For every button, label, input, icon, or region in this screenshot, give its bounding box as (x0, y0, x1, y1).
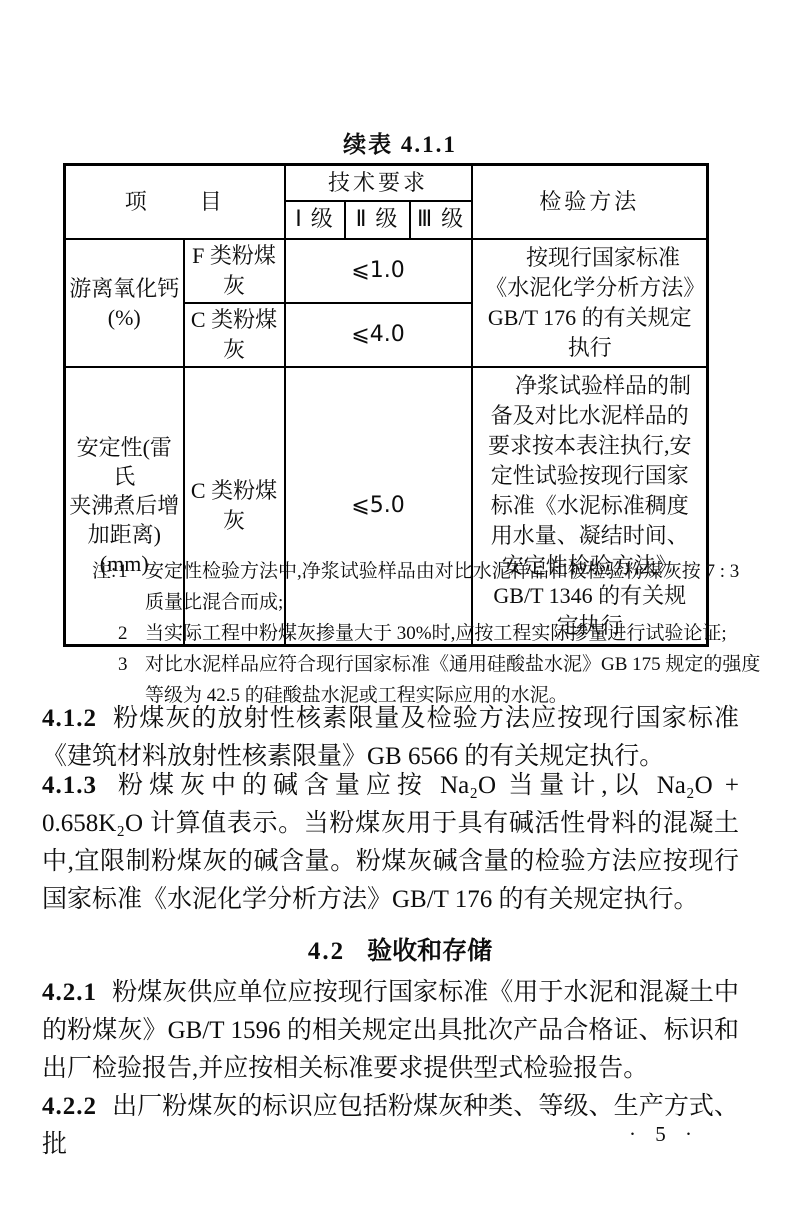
note-prefix: 注: (92, 556, 118, 587)
clause-4-1-3-text-1: 粉煤灰中的碱含量应按 Na₂O 当量计,以 Na₂O + (112, 772, 739, 799)
column-header-tech-requirements: 技术要求 (285, 165, 472, 201)
note-2-line-1: 2当实际工程中粉煤灰掺量大于 30%时,应按工程实际掺量进行试验论证; (92, 618, 740, 649)
clause-4-1-3-line-3: 中,宜限制粉煤灰的碱含量。粉煤灰碱含量的检验方法应按现行 (42, 843, 739, 881)
clause-4-2-1-line-1: 4.2.1粉煤灰供应单位应按现行国家标准《用于水泥和混凝土中 (42, 974, 739, 1012)
item-soundness-line2: 夹沸煮后增 (66, 491, 183, 520)
table-row-free-cao-f: 游离氧化钙 (%) F 类粉煤灰 ⩽1.0 按现行国家标准《水泥化学分析方法》G… (65, 239, 708, 303)
clause-4-1-2-line-1: 4.1.2粉煤灰的放射性核素限量及检验方法应按现行国家标准 (42, 700, 739, 738)
note-3-text-1: 对比水泥样品应符合现行国家标准《通用硅酸盐水泥》GB 175 规定的强度 (145, 654, 760, 675)
item-soundness-line1: 安定性(雷氏 (66, 433, 183, 491)
column-header-grade-1: Ⅰ 级 (285, 201, 345, 239)
clause-4-2-1-number: 4.2.1 (42, 979, 97, 1006)
clause-4-1-2-number: 4.1.2 (42, 705, 97, 732)
clause-4-2-1: 4.2.1粉煤灰供应单位应按现行国家标准《用于水泥和混凝土中 的粉煤灰》GB/T… (42, 974, 739, 1088)
clause-4-1-2-text-1: 粉煤灰的放射性核素限量及检验方法应按现行国家标准 (112, 705, 739, 732)
cell-type-c-fly-ash: C 类粉煤灰 (184, 303, 285, 367)
continuation-table-title: 续表 4.1.1 (0, 126, 800, 159)
page-number: · 5 · (614, 1122, 714, 1147)
section-4-2-title: 验收和存储 (367, 938, 492, 965)
clause-4-1-3-line-2: 0.658K₂O 计算值表示。当粉煤灰用于具有碱活性骨料的混凝土 (42, 805, 739, 843)
note-1-text-1: 安定性检验方法中,净浆试验样品由对比水泥样品和被检验粉煤灰按 7 : 3 (145, 561, 739, 582)
column-header-grade-3: Ⅲ 级 (410, 201, 472, 239)
table-header-row-1: 项 目 技术要求 检验方法 (65, 165, 708, 201)
item-free-cao-line2: (%) (66, 303, 183, 332)
cell-method-free-cao: 按现行国家标准《水泥化学分析方法》GB/T 176 的有关规定执行 (472, 239, 708, 367)
clause-4-2-1-text-1: 粉煤灰供应单位应按现行国家标准《用于水泥和混凝土中 (112, 979, 739, 1006)
section-4-2-number: 4.2 (308, 938, 345, 965)
clause-4-2-1-line-2: 的粉煤灰》GB/T 1596 的相关规定出具批次产品合格证、标识和 (42, 1012, 739, 1050)
note-1-number: 1 (118, 556, 145, 587)
section-heading-4-2: 4.2验收和存储 (0, 931, 800, 967)
clause-4-1-3-number: 4.1.3 (42, 772, 97, 799)
clause-4-1-3-line-4: 国家标准《水泥化学分析方法》GB/T 176 的有关规定执行。 (42, 881, 739, 919)
note-1-line-1: 注:1安定性检验方法中,净浆试验样品由对比水泥样品和被检验粉煤灰按 7 : 3 (92, 556, 740, 587)
cell-type-f-fly-ash: F 类粉煤灰 (184, 239, 285, 303)
note-1-line-2: 质量比混合而成; (92, 587, 740, 618)
clause-4-1-3: 4.1.3粉煤灰中的碱含量应按 Na₂O 当量计,以 Na₂O + 0.658K… (42, 767, 739, 919)
column-header-grade-2: Ⅱ 级 (345, 201, 410, 239)
note-2-number: 2 (118, 618, 145, 649)
clause-4-1-3-line-1: 4.1.3粉煤灰中的碱含量应按 Na₂O 当量计,以 Na₂O + (42, 767, 739, 805)
table-notes: 注:1安定性检验方法中,净浆试验样品由对比水泥样品和被检验粉煤灰按 7 : 3 … (92, 556, 740, 711)
column-header-item: 项 目 (65, 165, 285, 239)
clause-4-2-2-number: 4.2.2 (42, 1093, 97, 1120)
cell-value-f-fly-ash: ⩽1.0 (285, 239, 472, 303)
note-2-text-1: 当实际工程中粉煤灰掺量大于 30%时,应按工程实际掺量进行试验论证; (145, 623, 727, 644)
note-3-number: 3 (118, 649, 145, 680)
cell-value-c-fly-ash: ⩽4.0 (285, 303, 472, 367)
item-free-cao-line1: 游离氧化钙 (66, 274, 183, 303)
clause-4-2-1-line-3: 出厂检验报告,并应按相关标准要求提供型式检验报告。 (42, 1050, 739, 1088)
clause-4-1-2: 4.1.2粉煤灰的放射性核素限量及检验方法应按现行国家标准 《建筑材料放射性核素… (42, 700, 739, 776)
column-header-test-method: 检验方法 (472, 165, 708, 239)
note-3-line-1: 3对比水泥样品应符合现行国家标准《通用硅酸盐水泥》GB 175 规定的强度 (92, 649, 740, 680)
cell-item-free-cao: 游离氧化钙 (%) (65, 239, 184, 367)
